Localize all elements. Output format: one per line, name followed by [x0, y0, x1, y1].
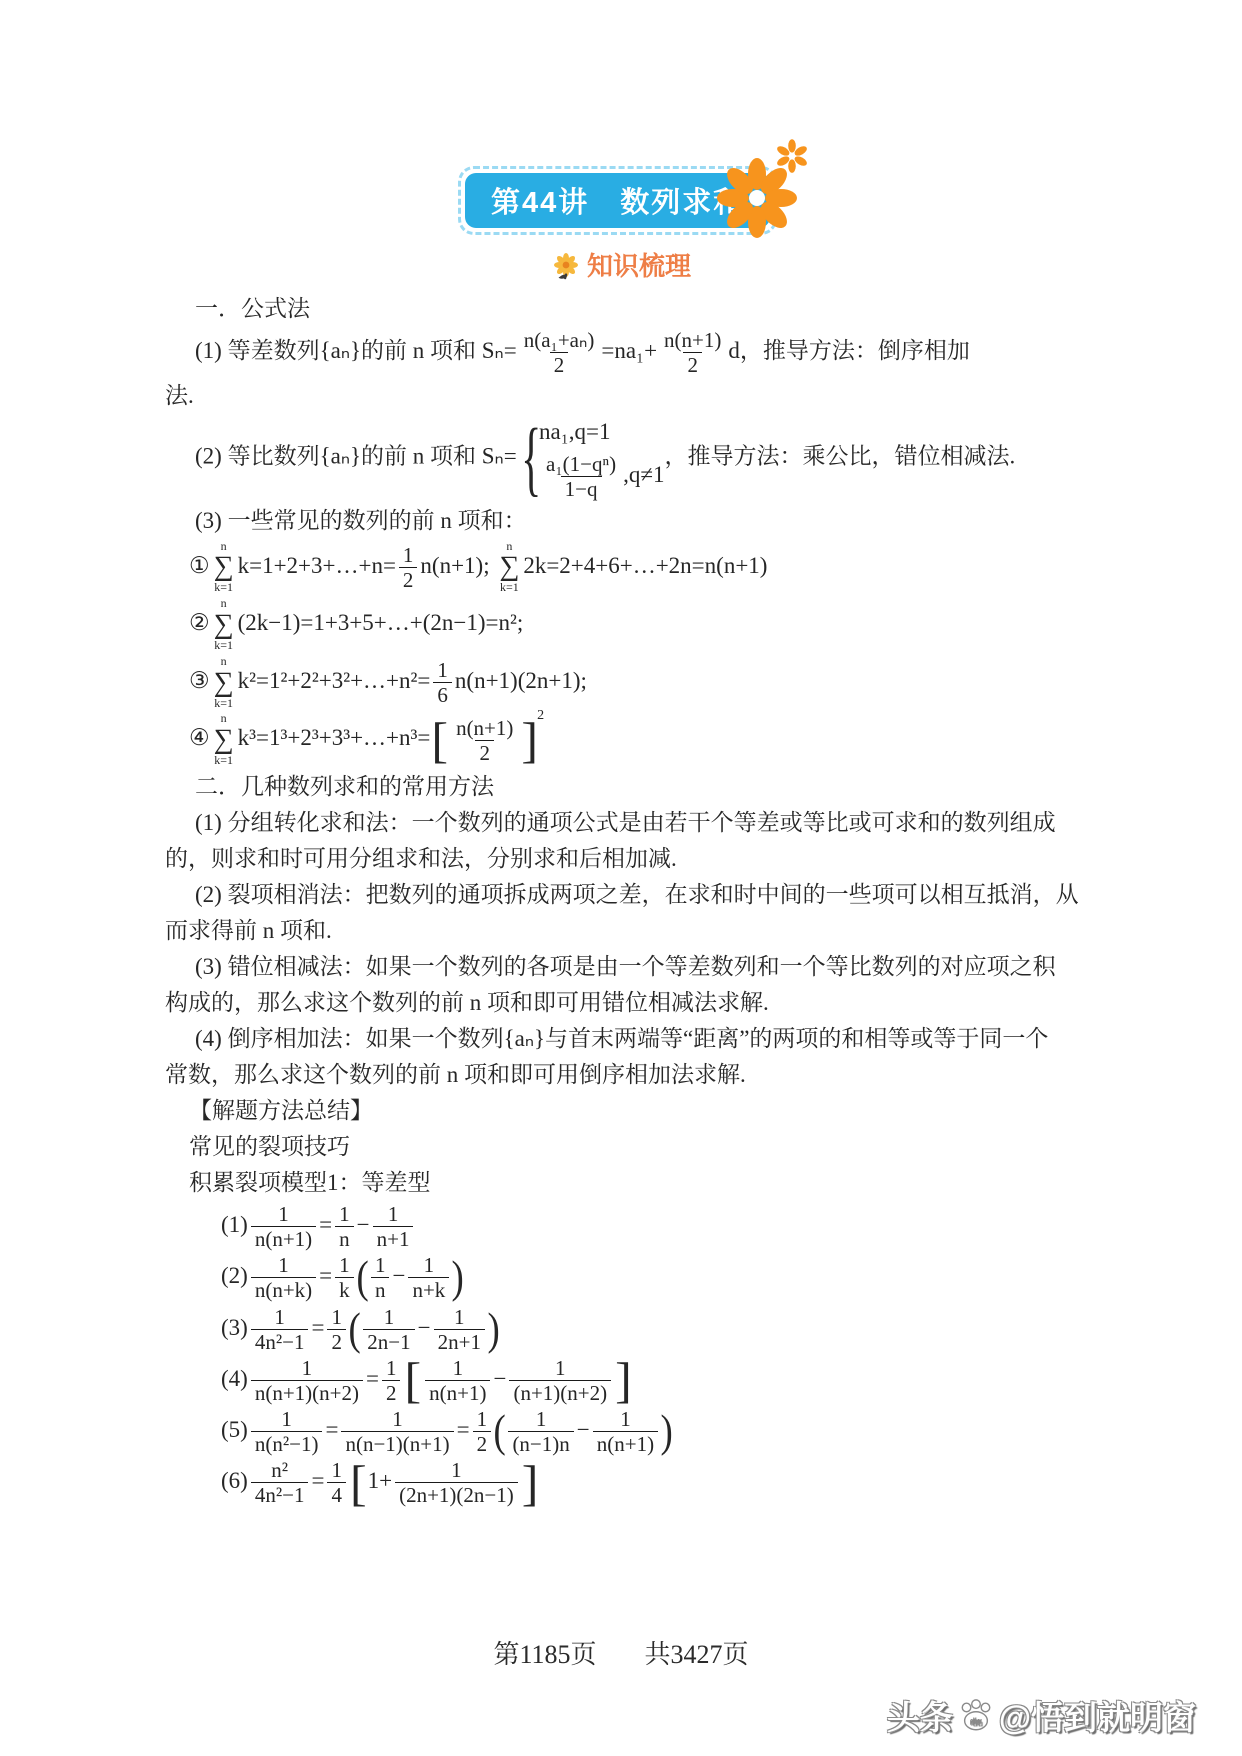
split-formula-3: (3)14n²−1=12(12n−1−12n+1): [165, 1305, 1110, 1354]
method-paragraph-line: (4) 倒序相加法：如果一个数列{aₙ}与首末两端等“距离”的两项的和相等或等于…: [165, 1022, 1110, 1056]
left-paren: (: [348, 1311, 360, 1348]
fraction: 1n(n−1)(n+1): [341, 1407, 453, 1456]
fraction: 1n(n+1)(n+2): [251, 1356, 363, 1405]
fraction: 1(2n+1)(2n−1): [395, 1458, 518, 1507]
fraction: 1k: [335, 1253, 354, 1302]
worksheet-page: 第44讲 数列求和: [0, 0, 1242, 1756]
method-paragraph-line: 常数，那么求这个数列的前 n 项和即可用倒序相加法求解.: [165, 1058, 1110, 1092]
watermark-handle: @悟到就明窗: [999, 1692, 1196, 1739]
sum-identity-4: ④n∑k=1k³=1³+2³+3³+…+n³=[n(n+1)2]2: [165, 712, 1110, 768]
fraction: 14: [327, 1458, 346, 1507]
fraction: 1n+1: [373, 1202, 414, 1251]
fraction: 12: [473, 1407, 492, 1456]
sum-identity-1: ①n∑k=1k=1+2+3+…+n=12n(n+1); n∑k=12k=2+4+…: [165, 540, 1110, 596]
split-formula-5: (5)1n(n²−1)=1n(n−1)(n+1)=12(1(n−1)n−1n(n…: [165, 1407, 1110, 1456]
fraction: n(n+1)2: [452, 716, 517, 765]
sigma-icon: ∑: [214, 726, 234, 754]
fraction: a₁(1−qⁿ)1−q: [542, 452, 620, 501]
exponent: 2: [537, 708, 544, 723]
summation-symbol: n∑k=1: [214, 655, 234, 711]
fraction: 1(n+1)(n+2): [509, 1356, 611, 1405]
model-subheading: 积累裂项模型1：等差型: [165, 1166, 1110, 1200]
section1-heading: 一．公式法: [165, 292, 1110, 326]
arithmetic-sum-formula: (1) 等差数列{aₙ}的前 n 项和 Sₙ=n(a₁+aₙ)2=na₁+n(n…: [165, 328, 1110, 377]
summation-symbol: n∑k=1: [214, 597, 234, 653]
fraction: n(a₁+aₙ)2: [520, 328, 599, 377]
fraction: 1n: [371, 1253, 390, 1302]
sum-identity-2: ②n∑k=1(2k−1)=1+3+5+…+(2n−1)=n²;: [165, 597, 1110, 653]
method-paragraph-line: 的，则求和时可用分组求和法，分别求和后相加减.: [165, 842, 1110, 876]
method-paragraph-line: 构成的，那么求这个数列的前 n 项和即可用错位相减法求解.: [165, 986, 1110, 1020]
geometric-sum-formula: (2) 等比数列{aₙ}的前 n 项和 Sₙ={na₁,q=1a₁(1−qⁿ)1…: [165, 415, 1110, 501]
split-formula-6: (6)n²4n²−1=14[1+1(2n+1)(2n−1)]: [165, 1458, 1110, 1507]
piecewise-cases: {na₁,q=1a₁(1−qⁿ)1−q,q≠1: [517, 415, 665, 501]
knowledge-review-badge: 知识梳理: [0, 246, 1242, 283]
arithmetic-formula-wrap-line: 法.: [165, 379, 1110, 413]
sum-identity-3: ③n∑k=1k²=1²+2²+3²+…+n²=16n(n+1)(2n+1);: [165, 655, 1110, 711]
fraction: 12: [399, 543, 418, 592]
badge-label: 知识梳理: [587, 251, 691, 281]
paw-label: du: [971, 1716, 981, 1726]
fraction: 1(n−1)n: [508, 1407, 573, 1456]
method-paragraph-line: (1) 分组转化求和法：一个数列的通项公式是由若干个等差或等比或可求和的数列组成: [165, 806, 1110, 840]
sigma-icon: ∑: [214, 553, 234, 581]
fraction: 1n(n+k): [251, 1253, 316, 1302]
content-body: 一．公式法 (1) 等差数列{aₙ}的前 n 项和 Sₙ=n(a₁+aₙ)2=n…: [165, 292, 1110, 1510]
split-formula-2: (2)1n(n+k)=1k(1n−1n+k): [165, 1253, 1110, 1302]
fraction: 1n(n²−1): [251, 1407, 323, 1456]
left-bracket: [: [404, 1360, 421, 1400]
total-pages: 共3427页: [645, 1634, 749, 1671]
watermark: 头条 du @悟到就明窗: [887, 1692, 1196, 1739]
left-bracket: [: [431, 720, 448, 760]
section2-heading: 二．几种数列求和的常用方法: [165, 770, 1110, 804]
left-paren: (: [494, 1413, 506, 1450]
split-formula-4: (4)1n(n+1)(n+2)=12[1n(n+1)−1(n+1)(n+2)]: [165, 1356, 1110, 1405]
right-bracket: ]: [521, 720, 538, 760]
fraction: 12n−1: [363, 1305, 414, 1354]
sigma-icon: ∑: [214, 669, 234, 697]
left-bracket: [: [350, 1463, 367, 1503]
fraction: 12: [327, 1305, 346, 1354]
fraction: n(n+1)2: [660, 328, 725, 377]
common-series-intro: (3) 一些常见的数列的前 n 项和：: [165, 504, 1110, 538]
right-paren: ): [661, 1413, 673, 1450]
page-number: 第1185页: [493, 1634, 596, 1671]
fraction: 1n: [335, 1202, 354, 1251]
method-paragraph-line: (3) 错位相减法：如果一个数列的各项是由一个等差数列和一个等比数列的对应项之积: [165, 950, 1110, 984]
fraction: 1n(n+1): [425, 1356, 490, 1405]
paw-icon: du: [957, 1698, 995, 1734]
summary-heading: 【解题方法总结】: [165, 1094, 1110, 1128]
fraction: 1n(n+1): [593, 1407, 658, 1456]
flower-decoration-icon: [700, 134, 820, 250]
fraction: n²4n²−1: [251, 1458, 309, 1507]
tips-subheading: 常见的裂项技巧: [165, 1130, 1110, 1164]
method-paragraph-line: 而求得前 n 项和.: [165, 914, 1110, 948]
page-footer: 第1185页 共3427页: [0, 1634, 1242, 1671]
right-bracket: ]: [522, 1463, 539, 1503]
flower-badge-icon: [551, 253, 581, 283]
split-formula-1: (1)1n(n+1)=1n−1n+1: [165, 1202, 1110, 1251]
fraction: 1n(n+1): [251, 1202, 316, 1251]
sigma-icon: ∑: [214, 611, 234, 639]
summation-symbol: n∑k=1: [499, 540, 519, 596]
method-paragraph-line: (2) 裂项相消法：把数列的通项拆成两项之差，在求和时中间的一些项可以相互抵消，…: [165, 878, 1110, 912]
fraction: 16: [433, 658, 452, 707]
fraction: 12n+1: [434, 1305, 485, 1354]
fraction: 14n²−1: [251, 1305, 309, 1354]
watermark-brand: 头条: [887, 1692, 953, 1739]
summation-symbol: n∑k=1: [214, 712, 234, 768]
summation-symbol: n∑k=1: [214, 540, 234, 596]
right-paren: ): [452, 1259, 464, 1296]
left-brace: {: [521, 423, 541, 494]
fraction: 1n+k: [408, 1253, 449, 1302]
right-paren: ): [487, 1311, 499, 1348]
fraction: 12: [382, 1356, 401, 1405]
left-paren: (: [356, 1259, 368, 1296]
right-bracket: ]: [615, 1360, 632, 1400]
sigma-icon: ∑: [499, 553, 519, 581]
